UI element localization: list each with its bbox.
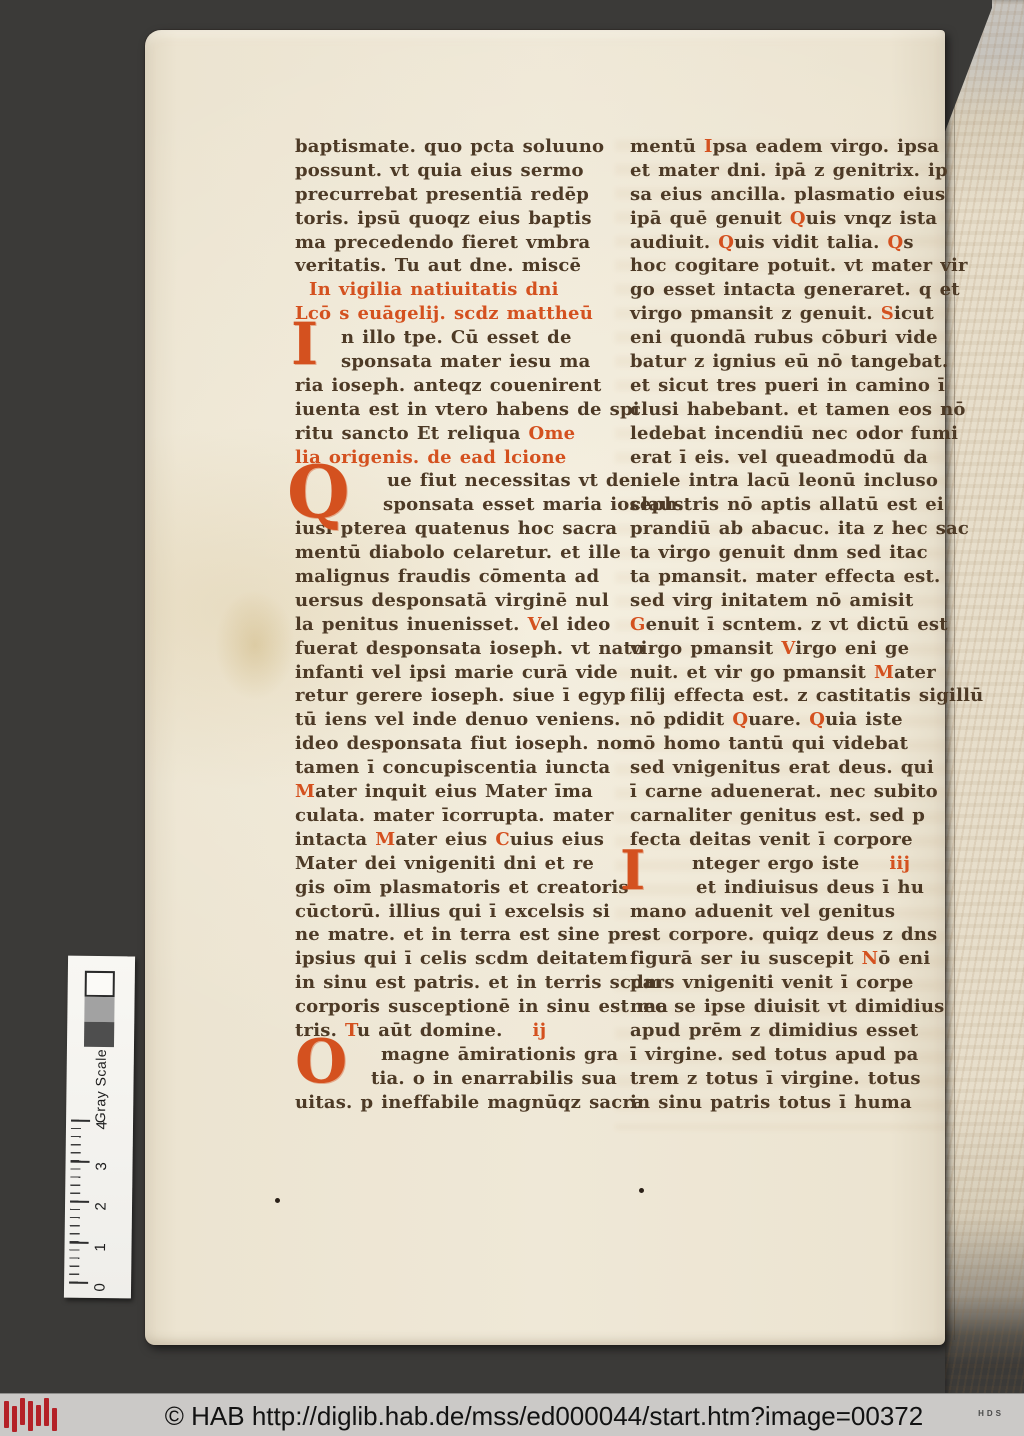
illuminated-initial: I — [620, 846, 645, 895]
ruler-major-tick — [70, 1241, 89, 1243]
ruler-number: 2 — [92, 1194, 109, 1210]
manuscript-line: virgo pmansit z genuit. Sicut — [630, 302, 965, 326]
manuscript-line: batur z ignius eū nō tangebat. — [630, 350, 965, 374]
parchment-stain — [215, 590, 295, 700]
ruler-major-tick — [70, 1201, 89, 1203]
ruler-major-tick — [71, 1160, 90, 1162]
manuscript-line: baptismate. quo pcta soluuno — [295, 135, 630, 159]
manuscript-line: In vigilia natiuitatis dni — [295, 278, 630, 302]
manuscript-line: ritu sancto Et reliqua Ome — [295, 422, 630, 446]
manuscript-line: trem z totus ī virgine. totus — [630, 1067, 965, 1091]
manuscript-line: corporis susceptionē in sinu est ma — [295, 995, 630, 1019]
manuscript-line: fuerat desponsata ioseph. vt nato — [295, 637, 630, 661]
manuscript-line: culata. mater īcorrupta. mater — [295, 804, 630, 828]
ruler-number: 4 — [93, 1113, 110, 1129]
manuscript-line: fecta deitas venit ī corpore — [630, 828, 965, 852]
manuscript-line: ne matre. et in terra est sine pre. — [295, 923, 630, 947]
manuscript-line: carnaliter genitus est. sed p — [630, 804, 965, 828]
corner-mark: HDS — [978, 1409, 1004, 1418]
manuscript-line: ta virgo genuit dnm sed itac — [630, 541, 965, 565]
manuscript-line: erat ī eis. vel queadmodū da — [630, 446, 965, 470]
patch-white — [85, 971, 115, 997]
ruler-scale: 43210 — [68, 956, 135, 957]
manuscript-line: uersus desponsatā virginē nul — [295, 589, 630, 613]
manuscript-line: sed vnigenitus erat deus. qui — [630, 756, 965, 780]
manuscript-line: nuit. et vir go pmansit Mater — [630, 661, 965, 685]
manuscript-line: ipsius qui ī celis scdm deitatem — [295, 947, 630, 971]
manuscript-line: apud prēm z dimidius esset — [630, 1019, 965, 1043]
manuscript-line: ma precedendo fieret vmbra — [295, 231, 630, 255]
manuscript-line: pars vnigeniti venit ī corpe — [630, 971, 965, 995]
gray-scale-patches — [84, 971, 115, 1047]
manuscript-line: prandiū ab abacuc. ita z hec sac — [630, 517, 965, 541]
manuscript-line: cūctorū. illius qui ī excelsis si — [295, 900, 630, 924]
manuscript-line: ī carne aduenerat. nec subito — [630, 780, 965, 804]
copyright-text: © HAB http://diglib.hab.de/mss/ed000044/… — [0, 1401, 1024, 1432]
manuscript-line: la penitus inuenisset. Vel ideo — [295, 613, 630, 637]
manuscript-line: retur gerere ioseph. siue ī egyp — [295, 684, 630, 708]
illuminated-initial: O — [295, 1035, 347, 1089]
text-column-right: Imentū Ipsa eadem virgo. ipsaet mater dn… — [630, 135, 965, 1115]
manuscript-line: nō pdidit Quare. Quia iste — [630, 708, 965, 732]
manuscript-line: et indiuisus deus ī hu — [630, 876, 965, 900]
manuscript-line: ta pmansit. mater effecta est. — [630, 565, 965, 589]
manuscript-line: audiuit. Quis vidit talia. Qs — [630, 231, 965, 255]
manuscript-line: in sinu est patris. et in terris scdm — [295, 971, 630, 995]
manuscript-line: hoc cogitare potuit. vt mater vir — [630, 254, 965, 278]
footer-bar: © HAB http://diglib.hab.de/mss/ed000044/… — [0, 1393, 1024, 1436]
ruler-number: 3 — [93, 1154, 110, 1170]
manuscript-line: Lcō s euāgelij. scdz mattheū — [295, 302, 630, 326]
manuscript-line: veritatis. Tu aut dne. miscē — [295, 254, 630, 278]
manuscript-line: nteger ergo isteiij — [630, 852, 965, 876]
manuscript-line: mano aduenit vel genitus — [630, 900, 965, 924]
illuminated-initial: I — [291, 318, 318, 370]
manuscript-line: Genuit ī scntem. z vt dictū est — [630, 613, 965, 637]
manuscript-line: Mater inquit eius Mater īma — [295, 780, 630, 804]
manuscript-line: virgo pmansit Virgo eni ge — [630, 637, 965, 661]
manuscript-line: sponsata mater iesu ma — [295, 350, 630, 374]
manuscript-line: claustris nō aptis allatū est ei — [630, 493, 965, 517]
manuscript-line: ipā quē genuit Quis vnqz ista — [630, 207, 965, 231]
prick-hole — [275, 1198, 280, 1203]
gray-scale-label: Gray Scale — [92, 1049, 109, 1123]
ruler-number: 0 — [91, 1275, 108, 1291]
manuscript-line: Mater dei vnigeniti dni et re — [295, 852, 630, 876]
manuscript-line: ī virgine. sed totus apud pa — [630, 1043, 965, 1067]
scan-background: { "footer": { "copyright_text": "© HAB h… — [0, 0, 1024, 1436]
manuscript-line: toris. ipsū quoqz eius baptis — [295, 207, 630, 231]
manuscript-line: infanti vel ipsi marie curā vide — [295, 661, 630, 685]
manuscript-line: ideo desponsata fiut ioseph. non — [295, 732, 630, 756]
manuscript-line: ledebat incendiū nec odor fumi — [630, 422, 965, 446]
manuscript-line: filij effecta est. z castitatis sigillū — [630, 684, 965, 708]
illuminated-initial: Q — [287, 460, 350, 525]
manuscript-line: niele intra lacū leonū incluso — [630, 469, 965, 493]
manuscript-line: sa eius ancilla. plasmatio eius — [630, 183, 965, 207]
manuscript-line: nec se ipse diuisit vt dimidius — [630, 995, 965, 1019]
manuscript-line: malignus fraudis cōmenta ad — [295, 565, 630, 589]
manuscript-line: intacta Mater eius Cuius eius — [295, 828, 630, 852]
manuscript-line: figurā ser iu suscepit Nō eni — [630, 947, 965, 971]
gray-scale-card: Gray Scale 43210 — [64, 956, 135, 1299]
manuscript-line: possunt. vt quia eius sermo — [295, 159, 630, 183]
manuscript-line: sed virg initatem nō amisit — [630, 589, 965, 613]
manuscript-line: et mater dni. ipā z genitrix. ip — [630, 159, 965, 183]
manuscript-line: go esset intacta generaret. q et — [630, 278, 965, 302]
manuscript-line: et sicut tres pueri in camino ī — [630, 374, 965, 398]
manuscript-line: in sinu patris totus ī huma — [630, 1091, 965, 1115]
manuscript-line: gis oīm plasmatoris et creatoris — [295, 876, 630, 900]
prick-hole — [639, 1188, 644, 1193]
patch-dark-gray — [84, 1022, 114, 1047]
manuscript-line: ria ioseph. anteqz couenirent — [295, 374, 630, 398]
manuscript-line: tū iens vel inde denuo veniens. — [295, 708, 630, 732]
manuscript-line: est corpore. quiqz deus z dns — [630, 923, 965, 947]
manuscript-line: eni quondā rubus cōburi vide — [630, 326, 965, 350]
manuscript-line: mentū diabolo celaretur. et ille — [295, 541, 630, 565]
manuscript-page: IQObaptismate. quo pcta soluunopossunt. … — [145, 30, 945, 1345]
manuscript-line: iuenta est in vtero habens de spi — [295, 398, 630, 422]
manuscript-line: precurrebat presentiā redēp — [295, 183, 630, 207]
manuscript-line: mentū Ipsa eadem virgo. ipsa — [630, 135, 965, 159]
ruler-number: 1 — [92, 1235, 109, 1251]
manuscript-line: clusi habebant. et tamen eos nō — [630, 398, 965, 422]
ruler-major-tick — [69, 1282, 88, 1284]
manuscript-line: n illo tpe. Cū esset de — [295, 326, 630, 350]
patch-mid-gray — [84, 997, 114, 1022]
ruler-major-tick — [71, 1120, 90, 1122]
manuscript-line: tamen ī concupiscentia iuncta — [295, 756, 630, 780]
manuscript-line: nō homo tantū qui videbat — [630, 732, 965, 756]
text-column-left: IQObaptismate. quo pcta soluunopossunt. … — [295, 135, 630, 1115]
